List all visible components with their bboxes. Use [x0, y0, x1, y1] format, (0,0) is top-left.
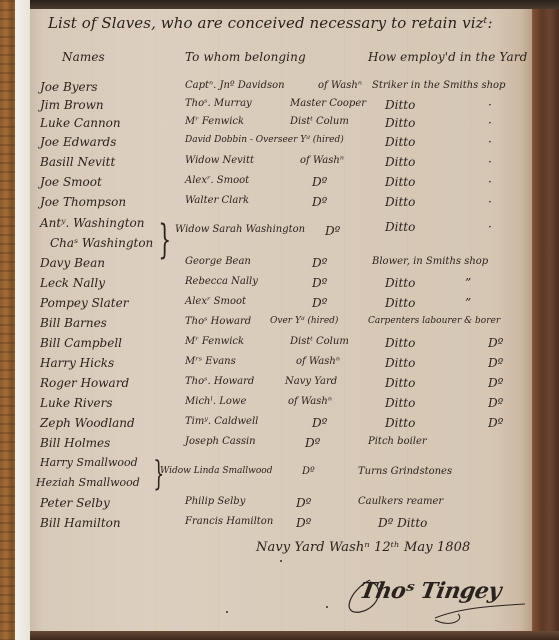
list-row: Chaˢ Washington: [0, 236, 559, 256]
row-name: Luke Cannon: [40, 116, 121, 130]
list-row: Basill Nevitt Widow Nevitt of Washⁿ Ditt…: [0, 155, 559, 175]
list-row: Pompey Slater Alexʳ Smoot Dº Ditto ”: [0, 296, 559, 316]
row-name: Roger Howard: [40, 376, 129, 390]
row-mark: Dº: [488, 376, 503, 390]
list-row: Joe Smoot Alexʳ. Smoot Dº Ditto ·: [0, 175, 559, 195]
row-name: Heziah Smallwood: [36, 476, 140, 489]
row-owner: Alexʳ Smoot: [185, 296, 246, 307]
page-top-shadow: [30, 0, 559, 9]
row-mark: ”: [465, 296, 471, 310]
row-owner: Francis Hamilton: [185, 516, 273, 527]
list-row: Davy Bean George Bean Dº Blower, in Smit…: [0, 256, 559, 276]
page-bottom-edge: [30, 631, 559, 640]
row-owner: Widow Nevitt: [185, 155, 254, 166]
row-location: Dº: [312, 256, 327, 270]
column-header-employment: How employ'd in the Yard: [368, 50, 527, 64]
row-location: of Washⁿ: [296, 356, 340, 367]
list-row: Harry Hicks Mʳˢ Evans of Washⁿ Ditto Dº: [0, 356, 559, 376]
column-header-owner: To whom belonging: [185, 50, 306, 64]
list-row: Zeph Woodland Timʸ. Caldwell Dº Ditto Dº: [0, 416, 559, 436]
grouping-brace: }: [153, 454, 164, 494]
list-row: Bill Holmes Joseph Cassin Dº Pitch boile…: [0, 436, 559, 456]
row-owner: Mʳˢ Evans: [185, 356, 236, 367]
row-name: Joe Smoot: [40, 175, 102, 189]
row-owner: Rebecca Nally: [185, 276, 258, 287]
row-mark: ·: [488, 98, 492, 112]
row-employment: Ditto: [385, 416, 415, 430]
ink-speck: [280, 560, 282, 562]
list-row: Bill Barnes Thoˢ Howard Over Yᵈ (hired) …: [0, 316, 559, 336]
row-employment: Ditto: [385, 155, 415, 169]
row-name: Harry Smallwood: [40, 456, 138, 469]
row-mark: Dº: [488, 416, 503, 430]
row-employment: Ditto: [385, 396, 415, 410]
ink-speck: [326, 606, 328, 608]
row-employment: Ditto: [385, 376, 415, 390]
row-employment: Ditto: [385, 296, 415, 310]
row-name: Peter Selby: [40, 496, 110, 510]
row-mark: Dº: [488, 396, 503, 410]
list-row: Leck Nally Rebecca Nally Dº Ditto ”: [0, 276, 559, 296]
row-owner: Thoˢ Howard: [185, 316, 251, 327]
row-mark: ·: [488, 116, 492, 130]
list-row: Luke Cannon Mʳ Fenwick Distᵗ Colum Ditto…: [0, 116, 559, 136]
row-name: Joe Thompson: [40, 195, 126, 209]
row-name: Bill Campbell: [40, 336, 122, 350]
row-location: Dº: [305, 436, 320, 450]
row-location: Dº: [296, 496, 311, 510]
row-location: of Washⁿ: [300, 155, 344, 166]
list-row: Antʸ. Washington Widow Sarah Washington …: [0, 216, 559, 236]
row-owner: Alexʳ. Smoot: [185, 175, 249, 186]
row-location: Dº: [312, 296, 327, 310]
row-location: Master Cooper: [290, 98, 366, 109]
row-owner: Thoˢ. Howard: [185, 376, 254, 387]
row-location: Distᵗ Colum: [290, 116, 349, 127]
row-employment: Pitch boiler: [368, 436, 427, 447]
list-row: Joe Thompson Walter Clark Dº Ditto ·: [0, 195, 559, 215]
row-location: Dº: [312, 276, 327, 290]
row-mark: ·: [488, 155, 492, 169]
row-owner: Michˡ. Lowe: [185, 396, 246, 407]
row-name: Bill Hamilton: [40, 516, 121, 530]
row-location: Dº: [312, 175, 327, 189]
row-name: Jim Brown: [40, 98, 104, 112]
row-employment: Ditto: [385, 135, 415, 149]
row-employment: Ditto: [385, 276, 415, 290]
row-owner: Mʳ Fenwick: [185, 116, 244, 127]
row-mark: ·: [488, 175, 492, 189]
row-employment: Ditto: [385, 220, 415, 234]
row-owner: Philip Selby: [185, 496, 245, 507]
grouping-brace: }: [158, 220, 171, 260]
row-owner: Thoˢ. Murray: [185, 98, 252, 109]
row-location: Dº: [296, 516, 311, 530]
row-owner: Walter Clark: [185, 195, 249, 206]
row-employment: Dº Ditto: [378, 516, 427, 530]
document-photo: List of Slaves, who are conceived necess…: [0, 0, 559, 640]
row-name: Leck Nally: [40, 276, 105, 290]
ink-speck: [226, 611, 228, 613]
list-row: Roger Howard Thoˢ. Howard Navy Yard Ditt…: [0, 376, 559, 396]
place-and-date: Navy Yard Washⁿ 12ᵗʰ May 1808: [256, 540, 470, 555]
row-owner: Timʸ. Caldwell: [185, 416, 258, 427]
row-location: Over Yᵈ (hired): [270, 316, 338, 326]
row-employment: Ditto: [385, 116, 415, 130]
row-mark: ”: [465, 276, 471, 290]
row-owner: Widow Linda Smallwood: [160, 466, 272, 476]
row-name: Pompey Slater: [40, 296, 128, 310]
column-header-names: Names: [62, 50, 105, 64]
row-name: Joe Edwards: [40, 135, 116, 149]
row-name: Basill Nevitt: [40, 155, 115, 169]
row-owner: Joseph Cassin: [185, 436, 256, 447]
row-employment: Striker in the Smiths shop: [372, 80, 505, 91]
row-name: Zeph Woodland: [40, 416, 135, 430]
row-owner: George Bean: [185, 256, 251, 267]
list-row: Luke Rivers Michˡ. Lowe of Washⁿ Ditto D…: [0, 396, 559, 416]
row-name: Davy Bean: [40, 256, 105, 270]
row-owner: Widow Sarah Washington: [175, 224, 305, 235]
signature: Thoˢ Tingey: [358, 578, 503, 604]
row-employment: Blower, in Smiths shop: [372, 256, 488, 267]
row-name: Bill Holmes: [40, 436, 110, 450]
row-name: Bill Barnes: [40, 316, 107, 330]
row-owner: David Dobbin - Overseer Yᵈ (hired): [185, 135, 344, 145]
row-name: Harry Hicks: [40, 356, 114, 370]
row-employment: Carpenters labourer & borer: [368, 316, 500, 326]
row-employment: Caulkers reamer: [358, 496, 443, 507]
row-employment: Ditto: [385, 356, 415, 370]
row-location: Dº: [312, 195, 327, 209]
row-employment: Ditto: [385, 98, 415, 112]
row-mark: ·: [488, 220, 492, 234]
row-employment: Ditto: [385, 175, 415, 189]
list-row: Heziah Smallwood: [0, 476, 559, 496]
row-location: of Washⁿ: [318, 80, 362, 91]
row-location: Navy Yard: [285, 376, 337, 387]
list-row: Joe Edwards David Dobbin - Overseer Yᵈ (…: [0, 135, 559, 155]
row-location: of Washⁿ: [288, 396, 332, 407]
row-name: Joe Byers: [40, 80, 98, 94]
row-name: Luke Rivers: [40, 396, 113, 410]
list-row: Peter Selby Philip Selby Dº Caulkers rea…: [0, 496, 559, 516]
row-name: Chaˢ Washington: [50, 236, 153, 250]
list-row: Harry Smallwood Widow Linda Smallwood Dº…: [0, 456, 559, 476]
document-title: List of Slaves, who are conceived necess…: [48, 14, 493, 32]
list-row: Bill Campbell Mʳ Fenwick Distᵗ Colum Dit…: [0, 336, 559, 356]
row-name: Antʸ. Washington: [40, 216, 144, 230]
row-owner: Mʳ Fenwick: [185, 336, 244, 347]
row-location: Distᵗ Colum: [290, 336, 349, 347]
row-mark: Dº: [488, 356, 503, 370]
row-employment: Ditto: [385, 336, 415, 350]
row-mark: Dº: [488, 336, 503, 350]
row-mark: ·: [488, 135, 492, 149]
row-mark: ·: [488, 195, 492, 209]
list-row: Joe Byers Captⁿ. Jnº Davidson of Washⁿ S…: [0, 80, 559, 100]
row-location: Dº: [312, 416, 327, 430]
row-employment: Ditto: [385, 195, 415, 209]
list-row: Jim Brown Thoˢ. Murray Master Cooper Dit…: [0, 98, 559, 118]
list-row: Bill Hamilton Francis Hamilton Dº Dº Dit…: [0, 516, 559, 536]
row-owner: Captⁿ. Jnº Davidson: [185, 80, 285, 91]
